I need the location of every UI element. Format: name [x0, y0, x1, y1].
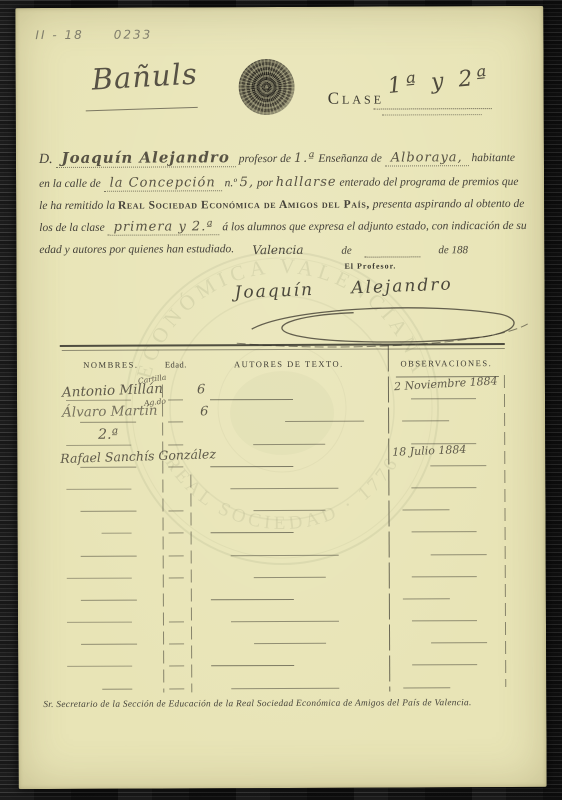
salutation-d: D. [39, 152, 53, 167]
grade-handwritten: 1.ª [294, 151, 316, 166]
col-header-autores: AUTORES DE TEXTO. [190, 346, 388, 381]
print-profesor-de: profesor de [239, 153, 291, 165]
pencil-number: 0233 [114, 28, 153, 42]
table-row [61, 625, 506, 649]
pencil-code: II - 18 [35, 28, 83, 42]
street-number-handwritten: 5, [240, 175, 254, 190]
pencil-inventory-code: II - 18 0233 [35, 28, 152, 43]
table-row [61, 536, 506, 560]
street-handwritten: la Concepción [104, 175, 222, 192]
second-class-marker: 2.ª [98, 427, 118, 443]
clase-handwritten-value: 1ª y 2ª [387, 65, 492, 99]
table-right-border [504, 375, 506, 687]
dateline-year: de 188 [438, 244, 468, 256]
print-ensenanza-de: Enseñanza de [318, 153, 382, 165]
table-body [60, 381, 506, 695]
table-row [61, 669, 506, 693]
table-row [61, 647, 506, 671]
professor-name-handwritten: Joaquín Alejandro [55, 148, 235, 168]
dateline-city: Valencia [252, 243, 303, 257]
hallarse-handwritten: hallarse [276, 175, 337, 190]
scanned-document-background: II - 18 0233 Bañuls Clase 1ª y 2ª ECONÓM… [0, 0, 562, 800]
table-row [60, 470, 505, 494]
document-paper: II - 18 0233 Bañuls Clase 1ª y 2ª ECONÓM… [15, 6, 546, 789]
clase-label: Clase [328, 89, 384, 109]
print-por: por [257, 177, 273, 189]
pupil-age-1: 6 [197, 382, 205, 397]
role-label-el-profesor: El Profesor. [344, 261, 396, 270]
handwritten-underline [86, 107, 198, 111]
class-handwritten: primera y 2.ª [108, 220, 220, 236]
clase-dotted-line [374, 108, 492, 110]
table-row [61, 581, 506, 605]
pupils-table: NOMBRES. Edad. AUTORES DE TEXTO. OBSERVA… [60, 343, 507, 695]
table-row [60, 492, 505, 516]
dateline-de: de [341, 245, 351, 257]
pupil-name-2: Álvaro Martín [62, 403, 158, 421]
table-row [61, 514, 506, 538]
table-header-row: NOMBRES. Edad. AUTORES DE TEXTO. OBSERVA… [60, 345, 505, 381]
society-name-smallcaps: Real Sociedad Económica de Amigos del Pa… [118, 198, 370, 211]
footer-addressee: Sr. Secretario de la Sección de Educació… [43, 698, 531, 710]
table-row [61, 603, 506, 627]
table-row [61, 559, 506, 583]
print-numero: n.º [225, 177, 237, 189]
clase-dotted-line-2 [382, 114, 482, 115]
handwritten-header-word: Bañuls [91, 57, 199, 97]
pupil-age-2: 6 [200, 404, 208, 419]
ink-seal-stamp-icon [239, 59, 295, 115]
town-handwritten: Alboraya, [385, 150, 469, 166]
